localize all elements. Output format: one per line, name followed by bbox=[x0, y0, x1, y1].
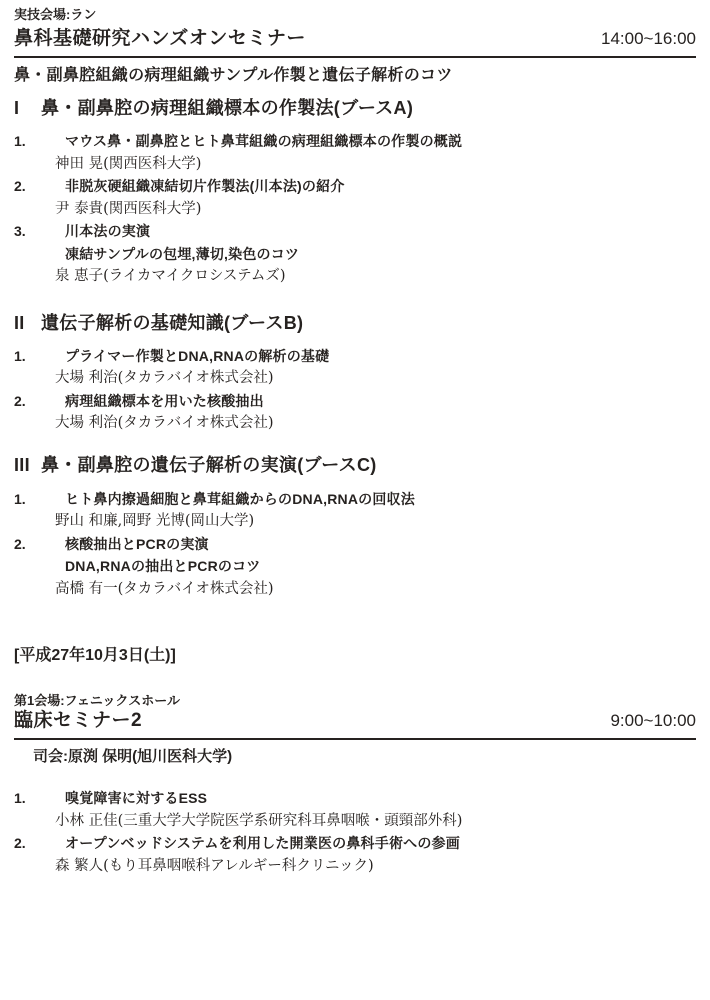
item-number: 1. bbox=[14, 787, 26, 810]
item-number: 1. bbox=[14, 130, 26, 153]
seminar2-time: 9:00~10:00 bbox=[610, 710, 696, 732]
section-title: 遺伝子解析の基礎知識(ブースB) bbox=[41, 311, 303, 335]
section-items: 1. マウス鼻・副鼻腔とヒト鼻茸組織の病理組織標本の作製の概説 神田 晃(関西医… bbox=[14, 130, 696, 288]
section-heading: III 鼻・副鼻腔の遺伝子解析の実演(ブースC) bbox=[14, 453, 696, 477]
section-numeral: III bbox=[14, 453, 41, 477]
program-item: 1. マウス鼻・副鼻腔とヒト鼻茸組織の病理組織標本の作製の概説 神田 晃(関西医… bbox=[14, 130, 696, 175]
item-title: 嗅覚障害に対するESS bbox=[65, 787, 696, 810]
section-title: 鼻・副鼻腔の病理組織標本の作製法(ブースA) bbox=[41, 96, 413, 120]
program-item: 1. 嗅覚障害に対するESS 小林 正佳(三重大学大学院医学系研究科耳鼻咽喉・頭… bbox=[14, 787, 696, 832]
seminar2-items: 1. 嗅覚障害に対するESS 小林 正佳(三重大学大学院医学系研究科耳鼻咽喉・頭… bbox=[14, 787, 696, 877]
item-title: 川本法の実演 bbox=[65, 220, 696, 243]
section-numeral: I bbox=[14, 96, 41, 120]
section-booth-c: III 鼻・副鼻腔の遺伝子解析の実演(ブースC) 1. ヒト鼻内擦過細胞と鼻茸組… bbox=[14, 453, 696, 601]
section-booth-a: I 鼻・副鼻腔の病理組織標本の作製法(ブースA) 1. マウス鼻・副鼻腔とヒト鼻… bbox=[14, 96, 696, 288]
item-speaker: 尹 泰貴(関西医科大学) bbox=[55, 198, 696, 221]
section-items: 1. ヒト鼻内擦過細胞と鼻茸組織からのDNA,RNAの回収法 野山 和廉,岡野 … bbox=[14, 488, 696, 601]
item-title: プライマー作製とDNA,RNAの解析の基礎 bbox=[65, 345, 696, 368]
section-numeral: II bbox=[14, 311, 41, 335]
item-subtitle: DNA,RNAの抽出とPCRのコツ bbox=[65, 555, 696, 578]
item-title: 非脱灰硬組織凍結切片作製法(川本法)の紹介 bbox=[65, 175, 696, 198]
seminar2-header: 臨床セミナー2 9:00~10:00 bbox=[14, 710, 696, 740]
program-item: 3. 川本法の実演 凍結サンプルの包埋,薄切,染色のコツ 泉 恵子(ライカマイク… bbox=[14, 220, 696, 288]
program-item: 2. 非脱灰硬組織凍結切片作製法(川本法)の紹介 尹 泰貴(関西医科大学) bbox=[14, 175, 696, 220]
program-page: 実技会場:ラン 鼻科基礎研究ハンズオンセミナー 14:00~16:00 鼻・副鼻… bbox=[0, 0, 710, 1000]
program-item: 1. プライマー作製とDNA,RNAの解析の基礎 大場 利治(タカラバイオ株式会… bbox=[14, 345, 696, 390]
item-speaker: 森 繁人(もり耳鼻咽喉科アレルギー科クリニック) bbox=[55, 855, 696, 878]
program-item: 2. 核酸抽出とPCRの実演 DNA,RNAの抽出とPCRのコツ 高橋 有一(タ… bbox=[14, 533, 696, 601]
chair-line: 司会:原渕 保明(旭川医科大学) bbox=[33, 748, 696, 766]
item-number: 1. bbox=[14, 488, 26, 511]
seminar1-header: 鼻科基礎研究ハンズオンセミナー 14:00~16:00 bbox=[14, 28, 696, 58]
item-number: 3. bbox=[14, 220, 26, 243]
item-number: 2. bbox=[14, 390, 26, 413]
section-title: 鼻・副鼻腔の遺伝子解析の実演(ブースC) bbox=[41, 453, 377, 477]
item-number: 1. bbox=[14, 345, 26, 368]
item-title: マウス鼻・副鼻腔とヒト鼻茸組織の病理組織標本の作製の概説 bbox=[65, 130, 696, 153]
item-title: ヒト鼻内擦過細胞と鼻茸組織からのDNA,RNAの回収法 bbox=[65, 488, 696, 511]
section-heading: I 鼻・副鼻腔の病理組織標本の作製法(ブースA) bbox=[14, 96, 696, 120]
section-items: 1. プライマー作製とDNA,RNAの解析の基礎 大場 利治(タカラバイオ株式会… bbox=[14, 345, 696, 435]
program-item: 2. オープンベッドシステムを利用した開業医の鼻科手術への参画 森 繁人(もり耳… bbox=[14, 832, 696, 877]
seminar1-time: 14:00~16:00 bbox=[601, 28, 696, 50]
seminar2-venue-label: 第1会場:フェニックスホール bbox=[14, 692, 696, 709]
item-title: 核酸抽出とPCRの実演 bbox=[65, 533, 696, 556]
item-speaker: 大場 利治(タカラバイオ株式会社) bbox=[55, 367, 696, 390]
item-speaker: 小林 正佳(三重大学大学院医学系研究科耳鼻咽喉・頭頸部外科) bbox=[55, 810, 696, 833]
date-line: [平成27年10月3日(土)] bbox=[14, 645, 696, 667]
section-heading: II 遺伝子解析の基礎知識(ブースB) bbox=[14, 311, 696, 335]
item-title: 病理組織標本を用いた核酸抽出 bbox=[65, 390, 696, 413]
item-number: 2. bbox=[14, 175, 26, 198]
item-speaker: 泉 恵子(ライカマイクロシステムズ) bbox=[55, 265, 696, 288]
seminar1-title: 鼻科基礎研究ハンズオンセミナー bbox=[14, 28, 306, 50]
item-speaker: 神田 晃(関西医科大学) bbox=[55, 153, 696, 176]
program-item: 1. ヒト鼻内擦過細胞と鼻茸組織からのDNA,RNAの回収法 野山 和廉,岡野 … bbox=[14, 488, 696, 533]
item-speaker: 大場 利治(タカラバイオ株式会社) bbox=[55, 412, 696, 435]
seminar2-title: 臨床セミナー2 bbox=[14, 710, 142, 732]
item-speaker: 野山 和廉,岡野 光博(岡山大学) bbox=[55, 510, 696, 533]
section-booth-b: II 遺伝子解析の基礎知識(ブースB) 1. プライマー作製とDNA,RNAの解… bbox=[14, 311, 696, 435]
program-item: 2. 病理組織標本を用いた核酸抽出 大場 利治(タカラバイオ株式会社) bbox=[14, 390, 696, 435]
item-title: オープンベッドシステムを利用した開業医の鼻科手術への参画 bbox=[65, 832, 696, 855]
item-speaker: 高橋 有一(タカラバイオ株式会社) bbox=[55, 578, 696, 601]
item-number: 2. bbox=[14, 832, 26, 855]
seminar1-venue-label: 実技会場:ラン bbox=[14, 6, 696, 23]
item-number: 2. bbox=[14, 533, 26, 556]
seminar1-subtitle: 鼻・副鼻腔組織の病理組織サンプル作製と遺伝子解析のコツ bbox=[14, 65, 696, 86]
item-subtitle: 凍結サンプルの包埋,薄切,染色のコツ bbox=[65, 243, 696, 266]
